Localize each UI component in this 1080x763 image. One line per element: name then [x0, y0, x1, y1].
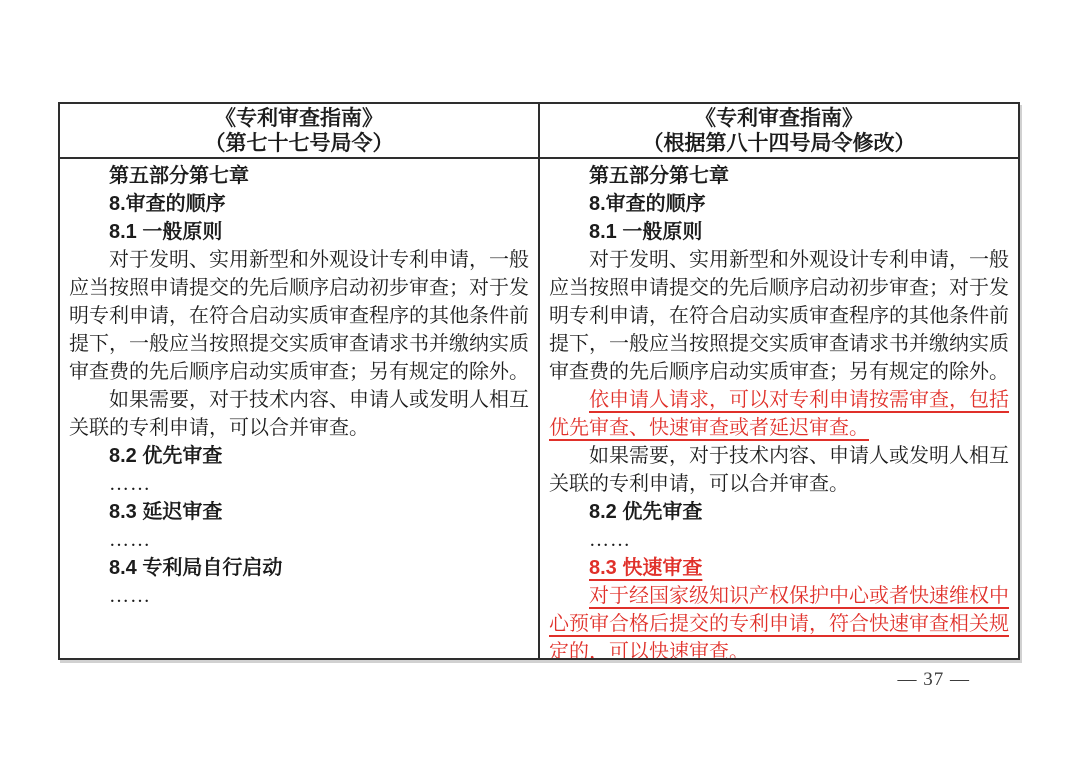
ellipsis-line: ……: [549, 526, 1009, 554]
inserted-heading: 8.3 快速审查: [549, 554, 1009, 582]
paragraph: 如果需要，对于技术内容、申请人或发明人相互关联的专利申请，可以合并审查。: [549, 442, 1009, 498]
section-heading: 8.1 一般原则: [549, 218, 1009, 246]
header-subtitle-new: （根据第八十四号局令修改）: [540, 131, 1018, 156]
inserted-paragraph: 对于经国家级知识产权保护中心或者快速维权中心预审合格后提交的专利申请，符合快速审…: [549, 582, 1009, 658]
ellipsis-line: ……: [69, 470, 529, 498]
inserted-paragraph: 依申请人请求，可以对专利申请按需审查，包括优先审查、快速审查或者延迟审查。: [549, 386, 1009, 442]
header-cell-old-version: 《专利审查指南》 （第七十七号局令）: [60, 104, 540, 157]
table-header-row: 《专利审查指南》 （第七十七号局令） 《专利审查指南》 （根据第八十四号局令修改…: [60, 104, 1018, 159]
page-number: — 37 —: [898, 668, 971, 692]
section-heading: 8.2 优先审查: [69, 442, 529, 470]
body-cell-new-version: 第五部分第七章8.审查的顺序8.1 一般原则对于发明、实用新型和外观设计专利申请…: [540, 159, 1018, 658]
section-heading: 8.4 专利局自行启动: [69, 554, 529, 582]
section-heading: 第五部分第七章: [549, 162, 1009, 190]
header-title-old: 《专利审查指南》: [60, 106, 538, 131]
header-cell-new-version: 《专利审查指南》 （根据第八十四号局令修改）: [540, 104, 1018, 157]
paragraph: 对于发明、实用新型和外观设计专利申请，一般应当按照申请提交的先后顺序启动初步审查…: [549, 246, 1009, 386]
comparison-table: 《专利审查指南》 （第七十七号局令） 《专利审查指南》 （根据第八十四号局令修改…: [58, 102, 1020, 660]
section-heading: 8.审查的顺序: [69, 190, 529, 218]
section-heading: 8.审查的顺序: [549, 190, 1009, 218]
paragraph: 如果需要，对于技术内容、申请人或发明人相互关联的专利申请，可以合并审查。: [69, 386, 529, 442]
ellipsis-line: ……: [69, 526, 529, 554]
body-cell-old-version: 第五部分第七章8.审查的顺序8.1 一般原则对于发明、实用新型和外观设计专利申请…: [60, 159, 540, 658]
section-heading: 第五部分第七章: [69, 162, 529, 190]
section-heading: 8.3 延迟审查: [69, 498, 529, 526]
header-subtitle-old: （第七十七号局令）: [60, 131, 538, 156]
header-title-new: 《专利审查指南》: [540, 106, 1018, 131]
paragraph: 对于发明、实用新型和外观设计专利申请，一般应当按照申请提交的先后顺序启动初步审查…: [69, 246, 529, 386]
section-heading: 8.2 优先审查: [549, 498, 1009, 526]
table-body-row: 第五部分第七章8.审查的顺序8.1 一般原则对于发明、实用新型和外观设计专利申请…: [60, 159, 1018, 658]
section-heading: 8.1 一般原则: [69, 218, 529, 246]
ellipsis-line: ……: [69, 582, 529, 610]
